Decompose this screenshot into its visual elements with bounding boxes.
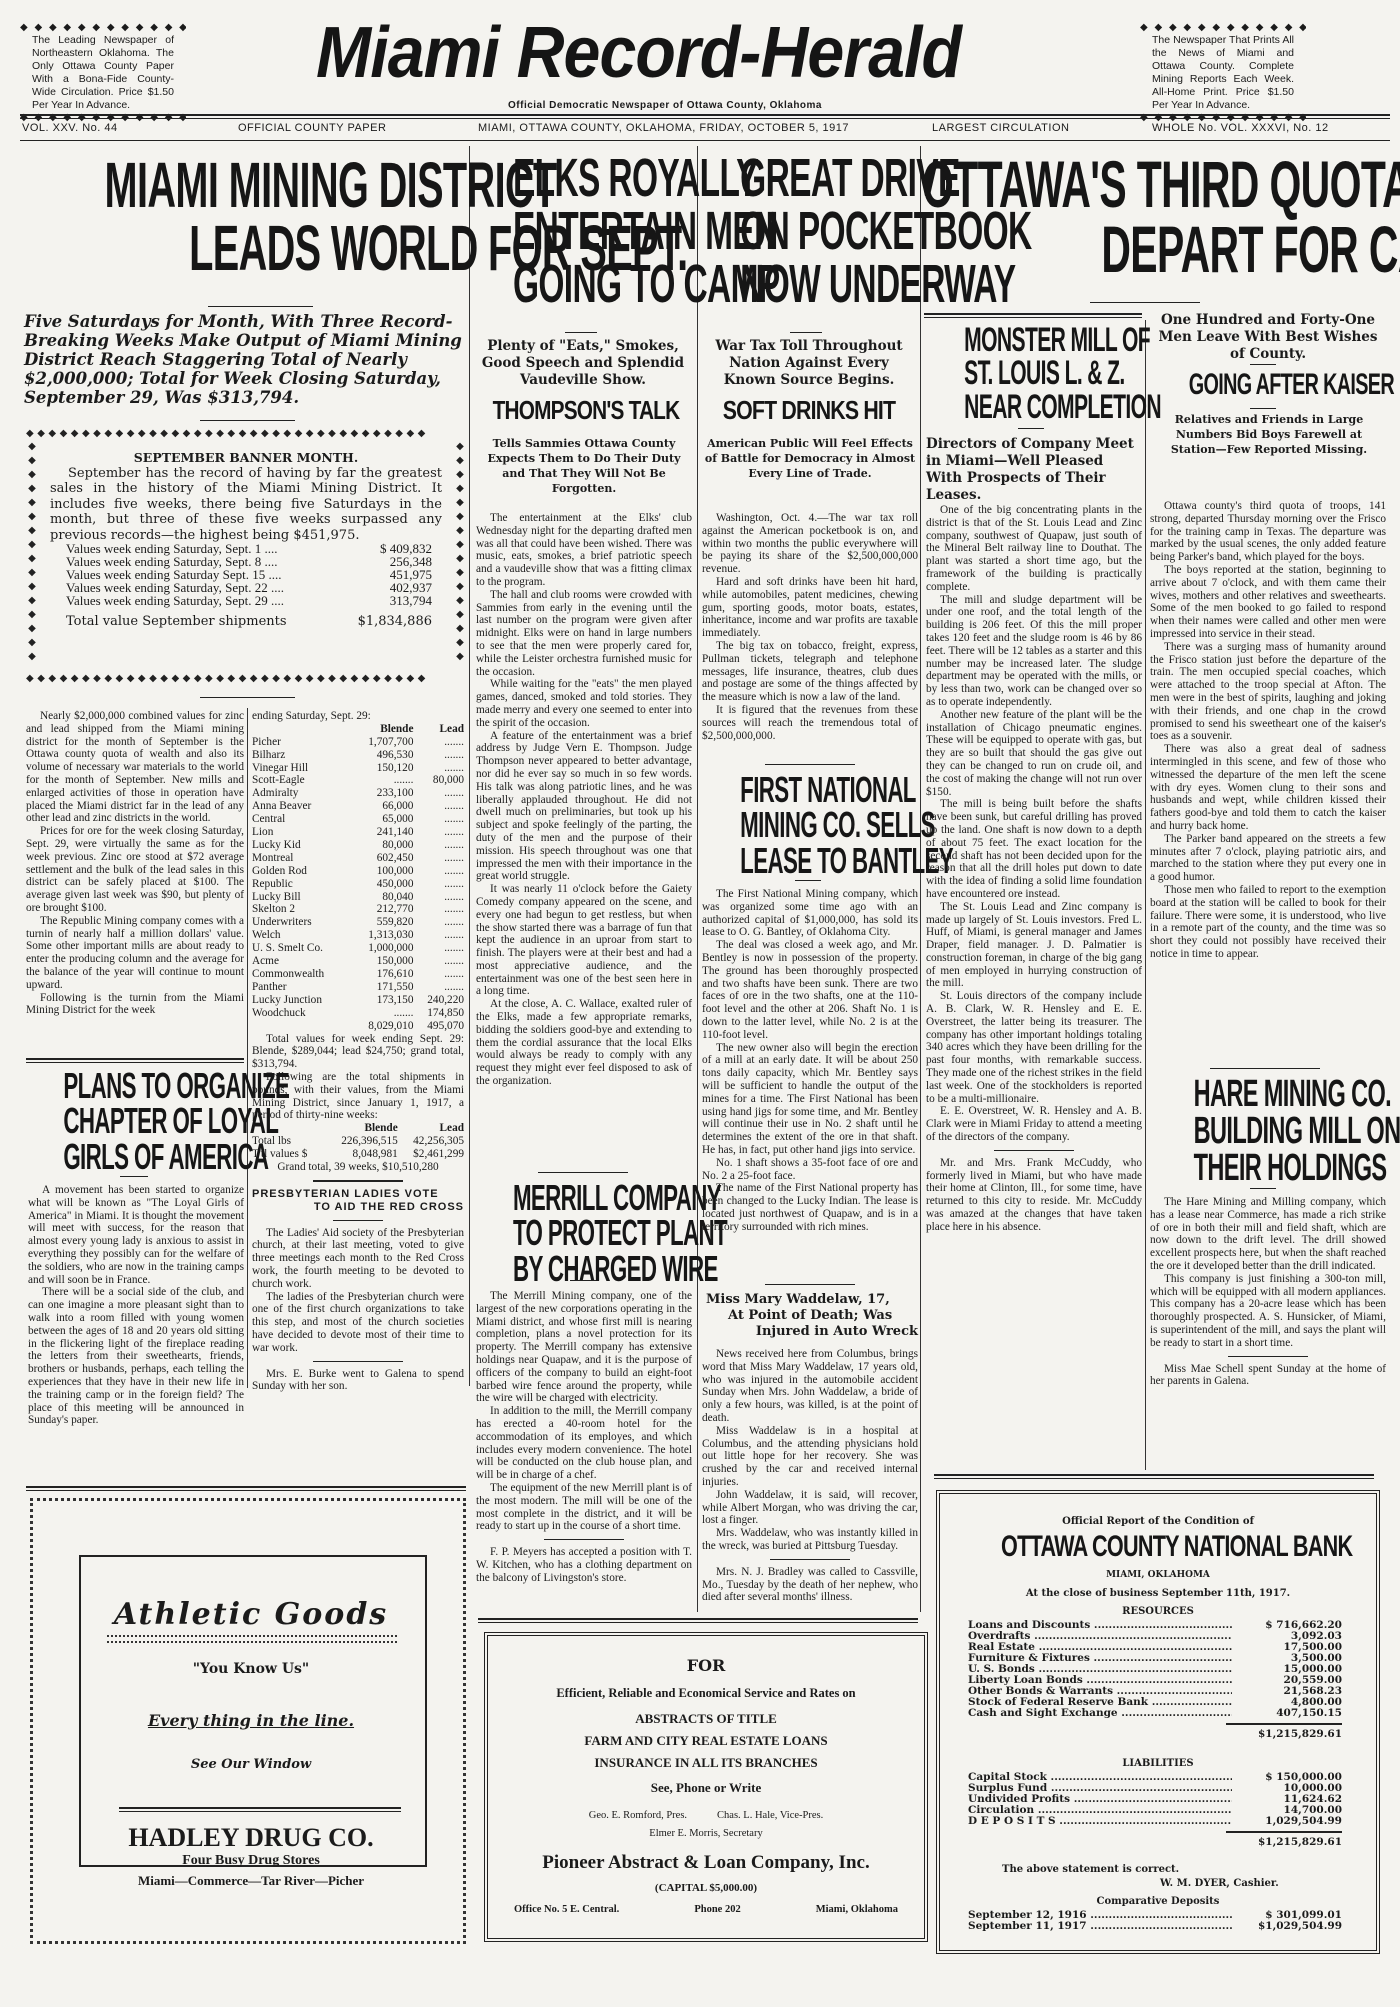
table-cell: ....... [413, 826, 464, 839]
bank-resources-title: RESOURCES [940, 1606, 1376, 1617]
paragraph: Nearly $2,000,000 combined values for zi… [26, 710, 244, 825]
personal-meyers: F. P. Meyers has accepted a position wit… [476, 1546, 692, 1584]
bank-label: D E P O S I T S ........................… [968, 1816, 1232, 1827]
table-cell: 241,140 [351, 826, 413, 839]
paragraph: No. 1 shaft shows a 35-foot face of ore … [702, 1157, 918, 1183]
headline-elks: ELKS ROYALLY ENTERTAIN MEN GOING TO CAMP [470, 152, 696, 311]
table-cell: 212,770 [351, 903, 413, 916]
paragraph: The big tax on tobacco, freight, express… [702, 640, 918, 704]
table-row: Golden Rod100,000....... [252, 865, 464, 878]
table-cell: Montreal [252, 852, 351, 865]
bank-row: Loans and Discounts ....................… [968, 1620, 1342, 1631]
subdeck-elks: Tells Sammies Ottawa County Expects Them… [478, 436, 690, 496]
ad-pioneer-name: Pioneer Abstract & Loan Company, Inc. [488, 1852, 924, 1874]
table-cell: ....... [413, 813, 464, 826]
official-paper: OFFICIAL COUNTY PAPER [238, 122, 386, 134]
table-row: Vinegar Hill150,120....... [252, 762, 464, 775]
folio-rule [20, 140, 1390, 141]
column-rule [1145, 320, 1146, 1470]
table-cell: 100,000 [351, 865, 413, 878]
table-row: Montreal602,450....... [252, 852, 464, 865]
table-cell: Lucky Kid [252, 839, 351, 852]
table-cell: 8,029,010 [351, 1020, 413, 1033]
mining-table-column: ending Saturday, Sept. 29: BlendeLead Pi… [252, 710, 464, 1393]
ad-zigzag-rule [107, 1635, 397, 1643]
headline-merrill: MERRILL COMPANY TO PROTECT PLANT BY CHAR… [470, 1180, 696, 1286]
table-cell: 80,000 [413, 774, 464, 787]
bank-signature: W. M. DYER, Cashier. [1160, 1878, 1279, 1889]
table-cell: 150,000 [351, 955, 413, 968]
table-cell: 602,450 [351, 852, 413, 865]
paragraph: St. Louis directors of the company inclu… [926, 990, 1142, 1105]
table-cell: ....... [413, 736, 464, 749]
table-cell: 240,220 [413, 994, 464, 1007]
table-cell: Golden Rod [252, 865, 351, 878]
headline-waddelaw: Miss Mary Waddelaw, 17, At Point of Deat… [706, 1292, 918, 1340]
subhead-going-after-kaiser: GOING AFTER KAISER [1148, 370, 1388, 399]
column-header [252, 723, 351, 736]
monster-mill-body: One of the big concentrating plants in t… [926, 504, 1142, 1234]
table-row: Welch1,313,030....... [252, 929, 464, 942]
bank-label: Loans and Discounts ....................… [968, 1620, 1232, 1631]
paragraph: Another new feature of the plant will be… [926, 709, 1142, 799]
table-cell: U. S. Smelt Co. [252, 942, 351, 955]
divider [544, 1539, 624, 1540]
table-cell: 233,100 [351, 787, 413, 800]
paragraph: The ladies of the Presbyterian church we… [252, 1291, 464, 1355]
divider [313, 1180, 403, 1182]
table-cell: 171,550 [351, 981, 413, 994]
newspaper-title: Miami Record-Herald [316, 12, 961, 94]
paragraph: One of the big concentrating plants in t… [926, 504, 1142, 594]
table-cell: 1,707,700 [351, 736, 413, 749]
table-cell: 173,150 [351, 994, 413, 1007]
table-cell: 80,000 [351, 839, 413, 852]
paragraph: Following is the turnin from the Miami M… [26, 992, 244, 1018]
ad-service-line: INSURANCE IN ALL ITS BRANCHES [488, 1752, 924, 1774]
subdeck-war-tax: American Public Will Feel Effects of Bat… [704, 436, 916, 481]
ad-contact: See, Phone or Write [488, 1780, 924, 1796]
table-cell: 150,120 [351, 762, 413, 775]
divider [1228, 1356, 1308, 1357]
section-rule [478, 1618, 918, 1623]
bank-label: Real Estate ............................… [968, 1642, 1232, 1653]
ad-for: FOR [488, 1656, 924, 1675]
table-row: Lucky Kid80,000....... [252, 839, 464, 852]
column-header: Lead [398, 1122, 464, 1135]
paragraph: The Hare Mining and Milling company, whi… [1150, 1196, 1386, 1273]
paragraph: The mill is being built before the shaft… [926, 798, 1142, 900]
divider [770, 1559, 850, 1560]
section-rule [26, 1486, 466, 1491]
table-cell: ....... [413, 749, 464, 762]
bank-label: Surplus Fund ...........................… [968, 1783, 1232, 1794]
headline-presbyterian: PRESBYTERIAN LADIES VOTE TO AID THE RED … [252, 1188, 464, 1214]
paragraph: Mrs. Waddelaw, who was instantly killed … [702, 1527, 918, 1553]
table-row: Woodchuck.......174,850 [252, 1007, 464, 1020]
week-label: Values week ending Saturday, Sept. 29 ..… [66, 595, 361, 608]
masthead-rule [20, 114, 1390, 119]
divider [765, 1284, 855, 1285]
diamond-border-top: ◆◆◆◆◆◆◆◆◆◆◆◆◆◆◆◆◆◆◆◆◆◆◆◆◆◆◆◆◆◆◆◆◆◆◆◆ [26, 428, 466, 439]
ad-bank-report[interactable]: Official Report of the Condition of OTTA… [936, 1490, 1380, 1954]
table-cell: 495,070 [413, 1020, 464, 1033]
table-cell: ....... [413, 981, 464, 994]
ad-president: Geo. E. Romford, Pres. [589, 1810, 687, 1821]
table-cell: Republic [252, 878, 351, 891]
table-cell: Panther [252, 981, 351, 994]
table-cell: $2,461,299 [398, 1148, 464, 1161]
deck-elks: Plenty of "Eats," Smokes, Good Speech an… [474, 338, 692, 389]
divider [1250, 364, 1276, 365]
banner-total-row: Total value September shipments $1,834,8… [66, 614, 432, 630]
table-row: Panther171,550....... [252, 981, 464, 994]
table-cell: 174,850 [413, 1007, 464, 1020]
bank-row: Real Estate ............................… [968, 1642, 1342, 1653]
paragraph: The Republic Mining company comes with a… [26, 915, 244, 992]
subhead-soft-drinks: SOFT DRINKS HIT [698, 398, 920, 423]
bank-comparative: September 12, 1916 .....................… [968, 1910, 1342, 1932]
table-row: Lucky Bill80,040....... [252, 891, 464, 904]
table-row: Lucky Junction173,150240,220 [252, 994, 464, 1007]
ad-address-row: Office No. 5 E. Central. Phone 202 Miami… [514, 1904, 898, 1915]
bank-label: Circulation ............................… [968, 1805, 1232, 1816]
divider [200, 420, 295, 421]
paragraph: The deal was closed a week ago, and Mr. … [702, 939, 918, 1041]
weekly-values-table: Values week ending Saturday, Sept. 1 ...… [66, 543, 432, 608]
left-ear-text: The Leading Newspaper of Northeastern Ok… [20, 34, 186, 112]
table-cell: 66,000 [351, 800, 413, 813]
mining-body: Nearly $2,000,000 combined values for zi… [26, 710, 244, 1017]
paragraph: The First National Mining company, which… [702, 888, 918, 939]
paragraph: The boys reported at the station, beginn… [1150, 564, 1386, 641]
table-cell: Acme [252, 955, 351, 968]
personal-schell: Miss Mae Schell spent Sunday at the home… [1150, 1363, 1386, 1389]
bank-as-of: At the close of business September 11th,… [940, 1588, 1376, 1599]
divider [333, 1220, 383, 1221]
paragraph: The St. Louis Lead and Zinc company is m… [926, 901, 1142, 991]
ad-capital: (CAPITAL $5,000.00) [488, 1882, 924, 1894]
dateline: MIAMI, OTTAWA COUNTY, OKLAHOMA, FRIDAY, … [478, 122, 849, 134]
section-rule [924, 313, 1142, 318]
table-cell: Anna Beaver [252, 800, 351, 813]
bank-row: September 11, 1917 .....................… [968, 1921, 1342, 1932]
table-cell: ....... [413, 865, 464, 878]
deck-camp-travis: One Hundred and Forty-One Men Leave With… [1150, 312, 1386, 363]
ad-rule [119, 1807, 401, 1812]
divider [1090, 302, 1200, 303]
table-row: Lion241,140....... [252, 826, 464, 839]
ornament-row: ◆ ◆ ◆ ◆ ◆ ◆ ◆ ◆ ◆ ◆ ◆ ◆ ◆ ◆ ◆ ◆ [1140, 22, 1306, 34]
table-cell: Scott-Eagle [252, 774, 351, 787]
bank-row: Other Bonds & Warrants .................… [968, 1686, 1342, 1697]
bank-value: 1,029,504.99 [1232, 1816, 1342, 1827]
ad-hadley-drug[interactable]: Athletic Goods "You Know Us" Every thing… [30, 1498, 466, 1944]
section-rule [26, 1058, 244, 1063]
bank-location: MIAMI, OKLAHOMA [940, 1570, 1376, 1580]
bank-comparative-title: Comparative Deposits [940, 1896, 1376, 1907]
divider [208, 306, 313, 307]
diamond-border-left: ◆◆◆◆◆◆◆◆◆◆◆◆◆◆◆◆ [26, 440, 38, 664]
paragraph: This company is just finishing a 300-ton… [1150, 1273, 1386, 1350]
table-cell: ....... [413, 942, 464, 955]
column-header: Blende [324, 1122, 398, 1135]
table-row: Picher1,707,700....... [252, 736, 464, 749]
newspaper-subtitle: Official Democratic Newspaper of Ottawa … [508, 100, 822, 111]
bank-liabilities: Capital Stock ..........................… [968, 1772, 1342, 1848]
banner-title: SEPTEMBER BANNER MONTH. [50, 450, 442, 466]
paragraph: Prices for ore for the week closing Satu… [26, 825, 244, 915]
table-cell: Commonwealth [252, 968, 351, 981]
banner-total-label: Total value September shipments [66, 614, 287, 630]
bank-label: Other Bonds & Warrants .................… [968, 1686, 1232, 1697]
personal-burke: Mrs. E. Burke went to Galena to spend Su… [252, 1368, 464, 1394]
bank-value: $1,029,504.99 [1232, 1921, 1342, 1932]
table-row: Scott-Eagle.......80,000 [252, 774, 464, 787]
right-ear-box: ◆ ◆ ◆ ◆ ◆ ◆ ◆ ◆ ◆ ◆ ◆ ◆ ◆ ◆ ◆ ◆ The News… [1140, 22, 1306, 124]
table-row: T'tl values $8,048,981$2,461,299 [252, 1148, 464, 1161]
banner-box: ◆◆◆◆◆◆◆◆◆◆◆◆◆◆◆◆◆◆◆◆◆◆◆◆◆◆◆◆◆◆◆◆◆◆◆◆ ◆◆◆… [26, 428, 466, 684]
table-cell: ....... [351, 774, 413, 787]
table-cell: 1,000,000 [351, 942, 413, 955]
bank-label: Overdrafts .............................… [968, 1631, 1232, 1642]
divider [994, 1150, 1074, 1151]
paragraph: At the close, A. C. Wallace, exalted rul… [476, 998, 692, 1088]
paragraph: The hall and club rooms were crowded wit… [476, 589, 692, 679]
ad-secretary: Elmer E. Morris, Secretary [488, 1828, 924, 1839]
ad-tagline: "You Know Us" [79, 1661, 423, 1677]
divider [565, 332, 597, 333]
table-row: Admiralty233,100....... [252, 787, 464, 800]
ad-intro: Efficient, Reliable and Economical Servi… [488, 1686, 924, 1701]
table-cell: ....... [413, 878, 464, 891]
table-cell: Lion [252, 826, 351, 839]
table-cell: ....... [413, 955, 464, 968]
ad-hadley-name: HADLEY DRUG CO. [79, 1823, 423, 1853]
table-cell: 65,000 [351, 813, 413, 826]
table-row: Republic450,000....... [252, 878, 464, 891]
table-cell: Underwriters [252, 916, 351, 929]
paragraph: The new owner also will begin the erecti… [702, 1042, 918, 1157]
bank-statement: The above statement is correct. [1002, 1864, 1179, 1875]
paragraph: A movement has been started to organize … [28, 1184, 244, 1286]
paragraph: A feature of the entertainment was a bri… [476, 730, 692, 884]
table-cell: ....... [413, 762, 464, 775]
first-national-body: The First National Mining company, which… [702, 888, 918, 1234]
paragraph: The name of the First National property … [702, 1182, 918, 1233]
headline-loyal-girls: PLANS TO ORGANIZE CHAPTER OF LOYAL GIRLS… [20, 1068, 248, 1174]
deck-monster-mill: Directors of Company Meet in Miami—Well … [926, 436, 1142, 504]
bank-name: OTTAWA COUNTY NATIONAL BANK [940, 1532, 1376, 1561]
column-rule [697, 146, 698, 1612]
table-cell: 1,313,030 [351, 929, 413, 942]
table-cell: ....... [413, 903, 464, 916]
table-cell: ....... [413, 839, 464, 852]
paragraph: There was a surging mass of humanity aro… [1150, 641, 1386, 743]
paragraph: The mill and sludge department will be u… [926, 594, 1142, 709]
diamond-border-right: ◆◆◆◆◆◆◆◆◆◆◆◆◆◆◆◆ [454, 440, 466, 664]
paragraph: News received here from Columbus, brings… [702, 1348, 918, 1425]
paragraph: The Ladies' Aid society of the Presbyter… [252, 1227, 464, 1291]
table-cell: ....... [413, 929, 464, 942]
paragraph: The Parker band appeared on the streets … [1150, 833, 1386, 884]
subhead-thompsons-talk: THOMPSON'S TALK [470, 398, 696, 423]
mine-turnin-table: BlendeLead Picher1,707,700.......Bilharz… [252, 723, 464, 1033]
divider [1210, 1068, 1320, 1069]
paragraph: In addition to the mill, the Merrill com… [476, 1405, 692, 1482]
bank-label: Capital Stock ..........................… [968, 1772, 1232, 1783]
paragraph: The Merrill Mining company, one of the l… [476, 1290, 692, 1405]
headline-war-tax: GREAT DRIVE ON POCKETBOOK NOW UNDERWAY [698, 152, 920, 311]
bank-row: Cash and Sight Exchange ................… [968, 1708, 1342, 1719]
divider [538, 1172, 628, 1173]
table-cell: ....... [351, 1007, 413, 1020]
ad-service-line: ABSTRACTS OF TITLE [488, 1708, 924, 1730]
merrill-body: The Merrill Mining company, one of the l… [476, 1290, 692, 1585]
ad-services: ABSTRACTS OF TITLEFARM AND CITY REAL EST… [488, 1708, 924, 1774]
ad-city: Miami, Oklahoma [816, 1904, 898, 1915]
bank-label: Undivided Profits ......................… [968, 1794, 1232, 1805]
headline-monster-mill: MONSTER MILL OF ST. LOUIS L. & Z. NEAR C… [922, 324, 1144, 424]
bank-liabilities-title: LIABILITIES [940, 1758, 1376, 1769]
hare-mining-body: The Hare Mining and Milling company, whi… [1150, 1196, 1386, 1388]
table-row: Anna Beaver66,000....... [252, 800, 464, 813]
table-row: Commonwealth176,610....... [252, 968, 464, 981]
table-cell: 8,048,981 [324, 1148, 398, 1161]
divider [1250, 408, 1276, 409]
headline-camp-travis: OTTAWA'S THIRD QUOTA DEPART FOR CAMP TRA… [922, 152, 1394, 281]
bank-label: Furniture & Fixtures ...................… [968, 1653, 1232, 1664]
table-row: Skelton 2212,770....... [252, 903, 464, 916]
paragraph: The entertainment at the Elks' club Wedn… [476, 512, 692, 589]
war-tax-body: Washington, Oct. 4.—The war tax roll aga… [702, 512, 918, 742]
column-header: Lead [413, 723, 464, 736]
table-cell: ....... [413, 852, 464, 865]
paragraph: It is figured that the revenues from the… [702, 704, 918, 742]
personal-mccuddy: Mr. and Mrs. Frank McCuddy, who formerly… [926, 1157, 1142, 1234]
table-cell [252, 1020, 351, 1033]
ad-athletic-goods: Athletic Goods [79, 1597, 423, 1632]
headline-mining: MIAMI MINING DISTRICT LEADS WORLD FOR SE… [20, 154, 465, 279]
table-row: Acme150,000....... [252, 955, 464, 968]
bank-value: 407,150.15 [1232, 1708, 1342, 1719]
subdeck-camp-travis: Relatives and Friends in Large Numbers B… [1152, 412, 1386, 457]
left-ear-box: ◆ ◆ ◆ ◆ ◆ ◆ ◆ ◆ ◆ ◆ ◆ ◆ ◆ ◆ ◆ ◆ The Lead… [20, 22, 186, 124]
table-cell: 496,530 [351, 749, 413, 762]
paragraph: Those men who failed to report to the ex… [1150, 884, 1386, 961]
grand-total: Grand total, 39 weeks, $10,510,280 [252, 1161, 464, 1174]
table-cell: Lucky Bill [252, 891, 351, 904]
ad-office: Office No. 5 E. Central. [514, 1904, 619, 1915]
season-table: BlendeLead Total lbs226,396,51542,256,30… [252, 1122, 464, 1161]
table-cell: 559,820 [351, 916, 413, 929]
banner-content: SEPTEMBER BANNER MONTH. September has th… [50, 450, 442, 629]
table-cell: ....... [413, 916, 464, 929]
volume-number: VOL. XXV. No. 44 [22, 122, 118, 134]
ad-every-thing: Every thing in the line. [79, 1711, 423, 1730]
bank-liabilities-total: $1,215,829.61 [1226, 1831, 1342, 1848]
table-row: Bilharz496,530....... [252, 749, 464, 762]
paragraph: While waiting for the "eats" the men pla… [476, 678, 692, 729]
table-intro: ending Saturday, Sept. 29: [252, 710, 464, 723]
table-cell: ....... [413, 800, 464, 813]
ad-phone: Phone 202 [694, 1904, 740, 1915]
banner-text: September has the record of having by fa… [50, 466, 442, 544]
table-cell: Central [252, 813, 351, 826]
paragraph: Miss Waddelaw is in a hospital at Columb… [702, 1425, 918, 1489]
table-cell: Lucky Junction [252, 994, 351, 1007]
table-cell: 80,040 [351, 891, 413, 904]
divider [120, 1176, 148, 1177]
bank-label: Liberty Loan Bonds .....................… [968, 1675, 1232, 1686]
table-row: Total lbs226,396,51542,256,305 [252, 1135, 464, 1148]
divider [1250, 1188, 1276, 1189]
headline-first-national: FIRST NATIONAL MINING CO. SELLS LEASE TO… [698, 772, 920, 878]
loyal-girls-body: A movement has been started to organize … [28, 1184, 244, 1427]
headline-hare-mining: HARE MINING CO. BUILDING MILL ON THEIR H… [1148, 1076, 1388, 1188]
divider [570, 1280, 596, 1281]
table-cell: Woodchuck [252, 1007, 351, 1020]
week-value: 313,794 [361, 595, 432, 608]
ad-four-stores: Four Busy Drug Stores [79, 1853, 423, 1869]
divider [313, 1361, 403, 1362]
bank-label: September 12, 1916 .....................… [968, 1910, 1232, 1921]
bank-label: Stock of Federal Reserve Bank ..........… [968, 1697, 1232, 1708]
table-cell: Admiralty [252, 787, 351, 800]
waddelaw-body: News received here from Columbus, brings… [702, 1348, 918, 1604]
table-cell: Skelton 2 [252, 903, 351, 916]
paragraph: There will be a social side of the club,… [28, 1286, 244, 1427]
divider [1018, 428, 1044, 429]
column-header: Blende [351, 723, 413, 736]
table-cell: 176,610 [351, 968, 413, 981]
elks-body: The entertainment at the Elks' club Wedn… [476, 512, 692, 1088]
bank-intro: Official Report of the Condition of [940, 1516, 1376, 1527]
banner-total-value: $1,834,886 [358, 614, 432, 630]
bank-label: U. S. Bonds ............................… [968, 1664, 1232, 1675]
table-cell: 226,396,515 [324, 1135, 398, 1148]
ornament-row: ◆ ◆ ◆ ◆ ◆ ◆ ◆ ◆ ◆ ◆ ◆ ◆ ◆ ◆ ◆ ◆ [20, 22, 186, 34]
camp-travis-body: Ottawa county's third quota of troops, 1… [1150, 500, 1386, 961]
paragraph: It was nearly 11 o'clock before the Gaie… [476, 883, 692, 998]
ad-service-line: FARM AND CITY REAL ESTATE LOANS [488, 1730, 924, 1752]
table-cell: 42,256,305 [398, 1135, 464, 1148]
table-cell: Welch [252, 929, 351, 942]
deck-war-tax: War Tax Toll Throughout Nation Against E… [702, 338, 916, 389]
paragraph: E. E. Overstreet, W. R. Hensley and A. B… [926, 1105, 1142, 1143]
right-ear-text: The Newspaper That Prints All the News o… [1140, 34, 1306, 112]
table-cell: Vinegar Hill [252, 762, 351, 775]
largest-circulation: LARGEST CIRCULATION [932, 122, 1069, 134]
divider [765, 764, 855, 765]
table-cell: Picher [252, 736, 351, 749]
paragraph: Washington, Oct. 4.—The war tax roll aga… [702, 512, 918, 576]
table-row: Central65,000....... [252, 813, 464, 826]
deck-mining: Five Saturdays for Month, With Three Rec… [24, 312, 464, 407]
ad-vice-president: Chas. L. Hale, Vice-Pres. [717, 1810, 823, 1821]
ad-pioneer-abstract[interactable]: FOR Efficient, Reliable and Economical S… [484, 1632, 928, 1942]
table-cell: 450,000 [351, 878, 413, 891]
paragraph: John Waddelaw, it is said, will recover,… [702, 1489, 918, 1527]
personal-bradley: Mrs. N. J. Bradley was called to Cassvil… [702, 1566, 918, 1604]
section-rule [934, 1474, 1374, 1479]
bank-label: September 11, 1917 .....................… [968, 1921, 1232, 1932]
week-row: Values week ending Saturday, Sept. 29 ..… [66, 595, 432, 608]
paragraph: Ottawa county's third quota of troops, 1… [1150, 500, 1386, 564]
presbyterian-body: The Ladies' Aid society of the Presbyter… [252, 1227, 464, 1355]
table-cell: ....... [413, 968, 464, 981]
table-cell: Bilharz [252, 749, 351, 762]
